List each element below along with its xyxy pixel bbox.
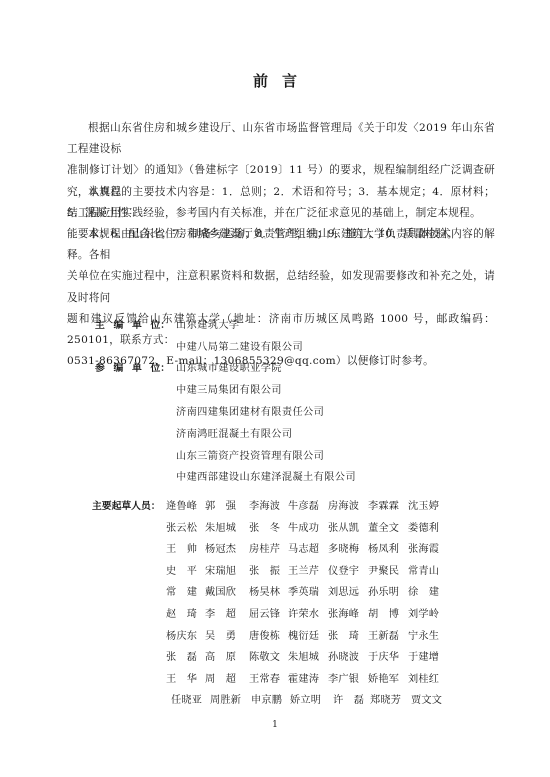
drafter-name: 娇艳军: [368, 670, 399, 690]
chief-editor-units-label: 主编单位：: [95, 316, 175, 336]
drafter-name: 宋瑞旭: [205, 562, 236, 582]
drafters-row: 王 帅杨冠杰房桂芹马志超多晓梅杨凤利张海霞: [0, 540, 550, 560]
drafters-row: 常 建戴国欣杨昊林季英瑞刘思远孙乐明徐 建: [0, 583, 550, 603]
drafter-name: 霍建涛: [288, 670, 319, 690]
drafters-row: 逄鲁峰郭 强李海波牛彦磊房海波李霖霖沈玉婷: [0, 497, 550, 517]
drafter-name: 朱旭城: [205, 519, 236, 539]
page-number: 1: [0, 720, 550, 730]
drafter-name: 常青山: [408, 562, 439, 582]
participating-unit-row: 济南鸿旺混凝土有限公司: [0, 425, 550, 445]
drafter-name: 李霖霖: [368, 497, 399, 517]
drafter-name: 任晓亚: [171, 691, 202, 711]
drafter-name: 王常春: [249, 670, 280, 690]
drafter-name: 周胜新: [210, 691, 241, 711]
drafter-name: 郑晓芳: [370, 691, 401, 711]
drafter-name: 张从凯: [328, 519, 359, 539]
drafter-name: 唐俊栋: [249, 627, 280, 647]
drafters-row: 张 磊高 原陈敬文朱旭城孙晓波于庆华于建增: [0, 648, 550, 668]
drafter-name: 房海波: [328, 497, 359, 517]
drafter-name: 张海霞: [408, 540, 439, 560]
drafter-name: 周 超: [205, 670, 236, 690]
participating-unit-row: 中建西部建设山东建泽混凝土有限公司: [0, 468, 550, 488]
participating-unit-row: 济南四建集团建材有限责任公司: [0, 403, 550, 423]
drafter-name: 张 振: [249, 562, 280, 582]
drafter-name: 杨庆东: [166, 627, 197, 647]
chief-editor-unit-row: 主编单位： 山东建筑大学: [0, 316, 550, 336]
unit-name: 济南四建集团建材有限责任公司: [176, 403, 324, 423]
paragraph-line: 根据山东省住房和城乡建设厅、山东省市场监督管理局《关于印发〈2019 年山东省工…: [67, 118, 495, 160]
drafter-name: 王 华: [166, 670, 197, 690]
participating-unit-row: 参编单位： 山东城市建设职业学院: [0, 359, 550, 379]
drafter-name: 宁永生: [408, 627, 439, 647]
drafter-name: 吴 勇: [205, 627, 236, 647]
drafter-name: 刘桂红: [408, 670, 439, 690]
document-page: 前言 根据山东省住房和城乡建设厅、山东省市场监督管理局《关于印发〈2019 年山…: [0, 0, 550, 777]
unit-name: 山东三箭资产投资管理有限公司: [176, 447, 324, 467]
drafter-name: 刘学岭: [408, 605, 439, 625]
drafter-name: 杨凤利: [368, 540, 399, 560]
drafter-name: 董全文: [368, 519, 399, 539]
drafter-name: 杨昊林: [249, 583, 280, 603]
drafter-name: 季英瑞: [288, 583, 319, 603]
drafter-name: 张 琦: [328, 627, 359, 647]
drafter-name: 逄鲁峰: [166, 497, 197, 517]
participating-units-label: 参编单位：: [95, 359, 175, 379]
drafter-name: 许荣水: [288, 605, 319, 625]
drafter-name: 许 磊: [333, 691, 364, 711]
participating-unit-row: 山东三箭资产投资管理有限公司: [0, 447, 550, 467]
drafter-name: 陈敬文: [249, 648, 280, 668]
drafter-name: 赵 琦: [166, 605, 197, 625]
drafter-name: 高 原: [205, 648, 236, 668]
unit-name: 山东建筑大学: [176, 316, 240, 336]
drafter-name: 王兰芹: [288, 562, 319, 582]
unit-name: 中建西部建设山东建泽混凝土有限公司: [176, 468, 356, 488]
page-title: 前言: [0, 70, 550, 91]
drafter-name: 张 冬: [249, 519, 280, 539]
participating-unit-row: 中建三局集团有限公司: [0, 381, 550, 401]
drafter-name: 张 磊: [166, 648, 197, 668]
unit-name: 山东城市建设职业学院: [176, 359, 282, 379]
drafter-name: 申京鹏: [251, 691, 282, 711]
drafter-name: 于庆华: [368, 648, 399, 668]
drafter-name: 李广银: [328, 670, 359, 690]
drafter-name: 郭 强: [205, 497, 236, 517]
drafter-name: 仪登宇: [328, 562, 359, 582]
drafter-name: 张海峰: [328, 605, 359, 625]
drafter-name: 多晓梅: [328, 540, 359, 560]
unit-name: 济南鸿旺混凝土有限公司: [176, 425, 292, 445]
drafter-name: 李 超: [205, 605, 236, 625]
paragraph-line: 本规程的主要技术内容是：1．总则；2．术语和符号；3．基本规定；4．原材料；5．…: [67, 182, 495, 224]
drafters-row: 任晓亚周胜新申京鹏娇立明许 磊郑晓芳贾文文: [0, 691, 550, 711]
drafter-name: 戴国欣: [205, 583, 236, 603]
drafter-name: 孙晓波: [328, 648, 359, 668]
drafter-name: 牛成功: [288, 519, 319, 539]
drafter-name: 徐 建: [408, 583, 439, 603]
unit-name: 中建三局集团有限公司: [176, 381, 282, 401]
drafter-name: 尹聚民: [368, 562, 399, 582]
paragraph-line: 本规程由山东省住房和城乡建设厅负责管理，由山东建筑大学负责具体技术内容的解释。各…: [67, 224, 495, 266]
drafter-name: 孙乐明: [368, 583, 399, 603]
drafter-name: 贾文文: [411, 691, 442, 711]
unit-name: 中建八局第二建设有限公司: [176, 338, 303, 358]
drafter-name: 朱旭城: [288, 648, 319, 668]
drafter-name: 于建增: [408, 648, 439, 668]
drafter-name: 牛彦磊: [288, 497, 319, 517]
drafter-name: 张云松: [166, 519, 197, 539]
chief-editor-unit-row: 中建八局第二建设有限公司: [0, 338, 550, 358]
drafter-name: 史 平: [166, 562, 197, 582]
drafter-name: 娄德利: [408, 519, 439, 539]
drafters-row: 张云松朱旭城张 冬牛成功张从凯董全文娄德利: [0, 519, 550, 539]
drafter-name: 刘思远: [328, 583, 359, 603]
paragraph-line: 关单位在实施过程中，注意积累资料和数据，总结经验，如发现需要修改和补充之处，请及…: [67, 266, 495, 308]
drafter-name: 王 帅: [166, 540, 197, 560]
drafters-row: 杨庆东吴 勇唐俊栋槐衍廷张 琦王新磊宁永生: [0, 627, 550, 647]
drafter-name: 马志超: [288, 540, 319, 560]
drafter-name: 房桂芹: [249, 540, 280, 560]
drafter-name: 槐衍廷: [288, 627, 319, 647]
drafters-row: 赵 琦李 超屈云锋许荣水张海峰胡 博刘学岭: [0, 605, 550, 625]
drafter-name: 常 建: [166, 583, 197, 603]
drafter-name: 胡 博: [368, 605, 399, 625]
drafter-name: 李海波: [249, 497, 280, 517]
drafter-name: 王新磊: [368, 627, 399, 647]
drafters-row: 王 华周 超王常春霍建涛李广银娇艳军刘桂红: [0, 670, 550, 690]
drafters-row: 史 平宋瑞旭张 振王兰芹仪登宇尹聚民常青山: [0, 562, 550, 582]
drafter-name: 娇立明: [290, 691, 321, 711]
drafter-name: 杨冠杰: [205, 540, 236, 560]
drafter-name: 屈云锋: [249, 605, 280, 625]
drafter-name: 沈玉婷: [408, 497, 439, 517]
